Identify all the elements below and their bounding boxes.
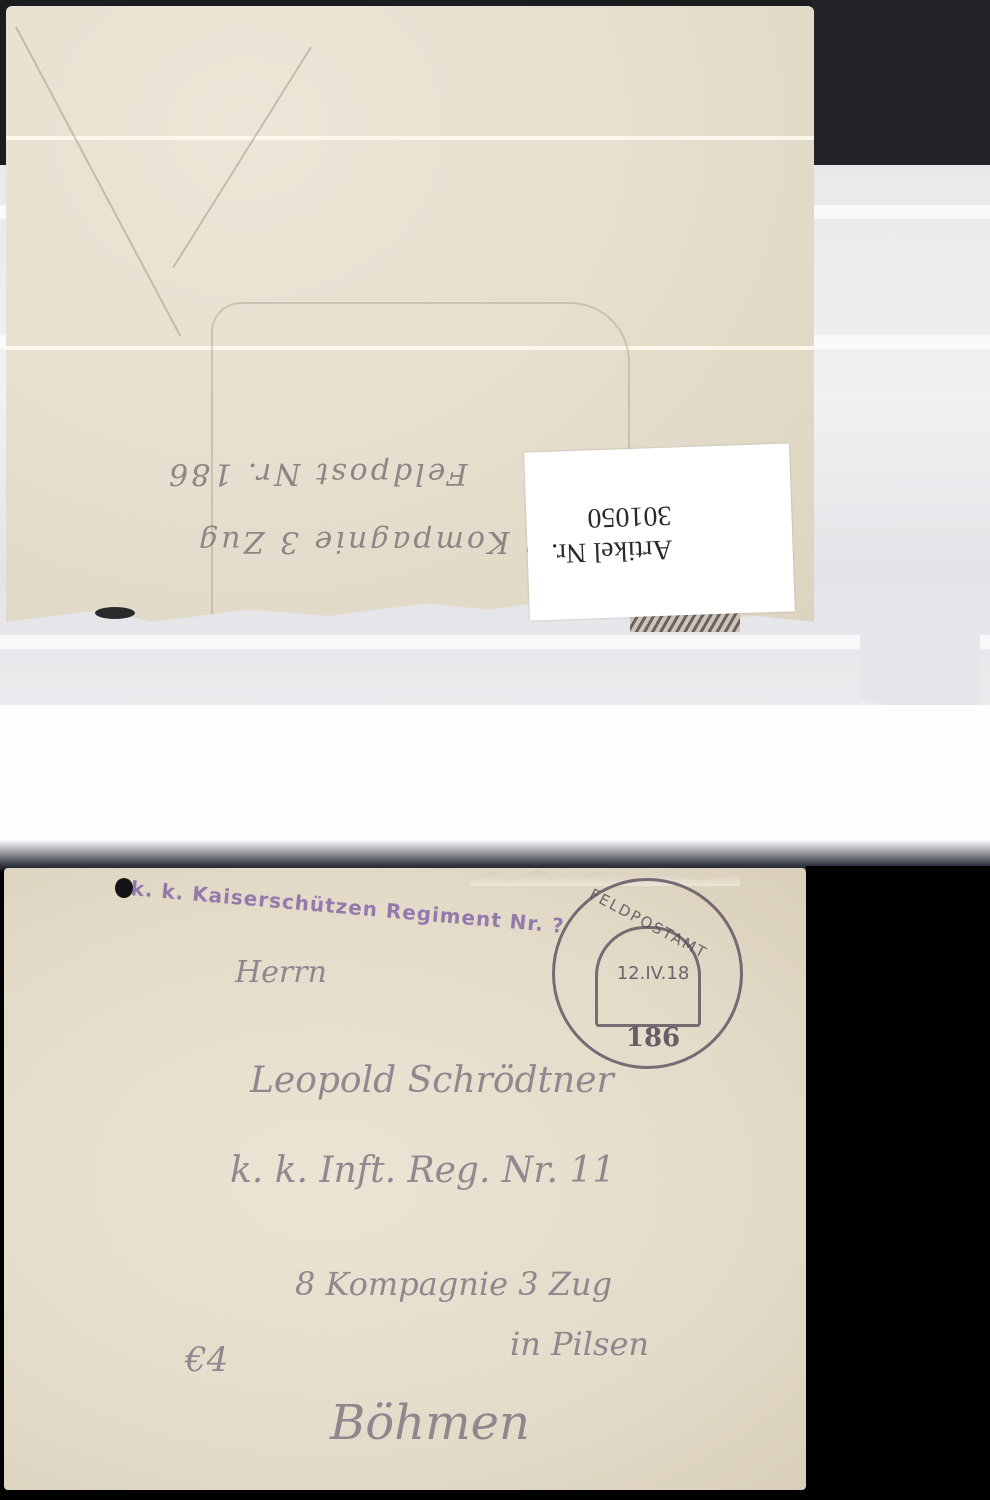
address-line: Leopold Schrödtner xyxy=(250,1060,614,1101)
flap-fold-line xyxy=(15,27,181,337)
field-post-postmark: FELDPOSTAMT 12.IV.18 186 xyxy=(552,878,743,1069)
dark-backdrop-right xyxy=(812,0,990,168)
article-number-label: Artikel Nr. 301050 xyxy=(524,443,795,620)
pencil-price-mark: €4 xyxy=(185,1340,228,1380)
white-background xyxy=(0,705,990,855)
postmark-number: 186 xyxy=(613,1023,693,1053)
black-background xyxy=(806,866,990,1500)
address-line: Böhmen xyxy=(330,1395,530,1451)
postmark-date: 12.IV.18 xyxy=(613,963,693,984)
scan-stripe xyxy=(6,136,814,140)
pencil-inscription: Feldpost Nr. 186 xyxy=(166,456,468,491)
address-line: 8 Kompagnie 3 Zug xyxy=(295,1265,612,1303)
address-line: in Pilsen xyxy=(510,1325,649,1363)
article-label-title: Artikel Nr. xyxy=(527,532,673,571)
tear-mark xyxy=(95,607,135,619)
article-number: 301050 xyxy=(526,498,672,537)
flap-fold-line xyxy=(172,46,311,268)
address-line: Herrn xyxy=(235,955,327,990)
pencil-inscription: 8 Kompagnie 3 Zug xyxy=(196,524,544,559)
sleeve-reflection xyxy=(0,635,990,649)
address-line: k. k. Inft. Reg. Nr. 11 xyxy=(230,1150,615,1191)
